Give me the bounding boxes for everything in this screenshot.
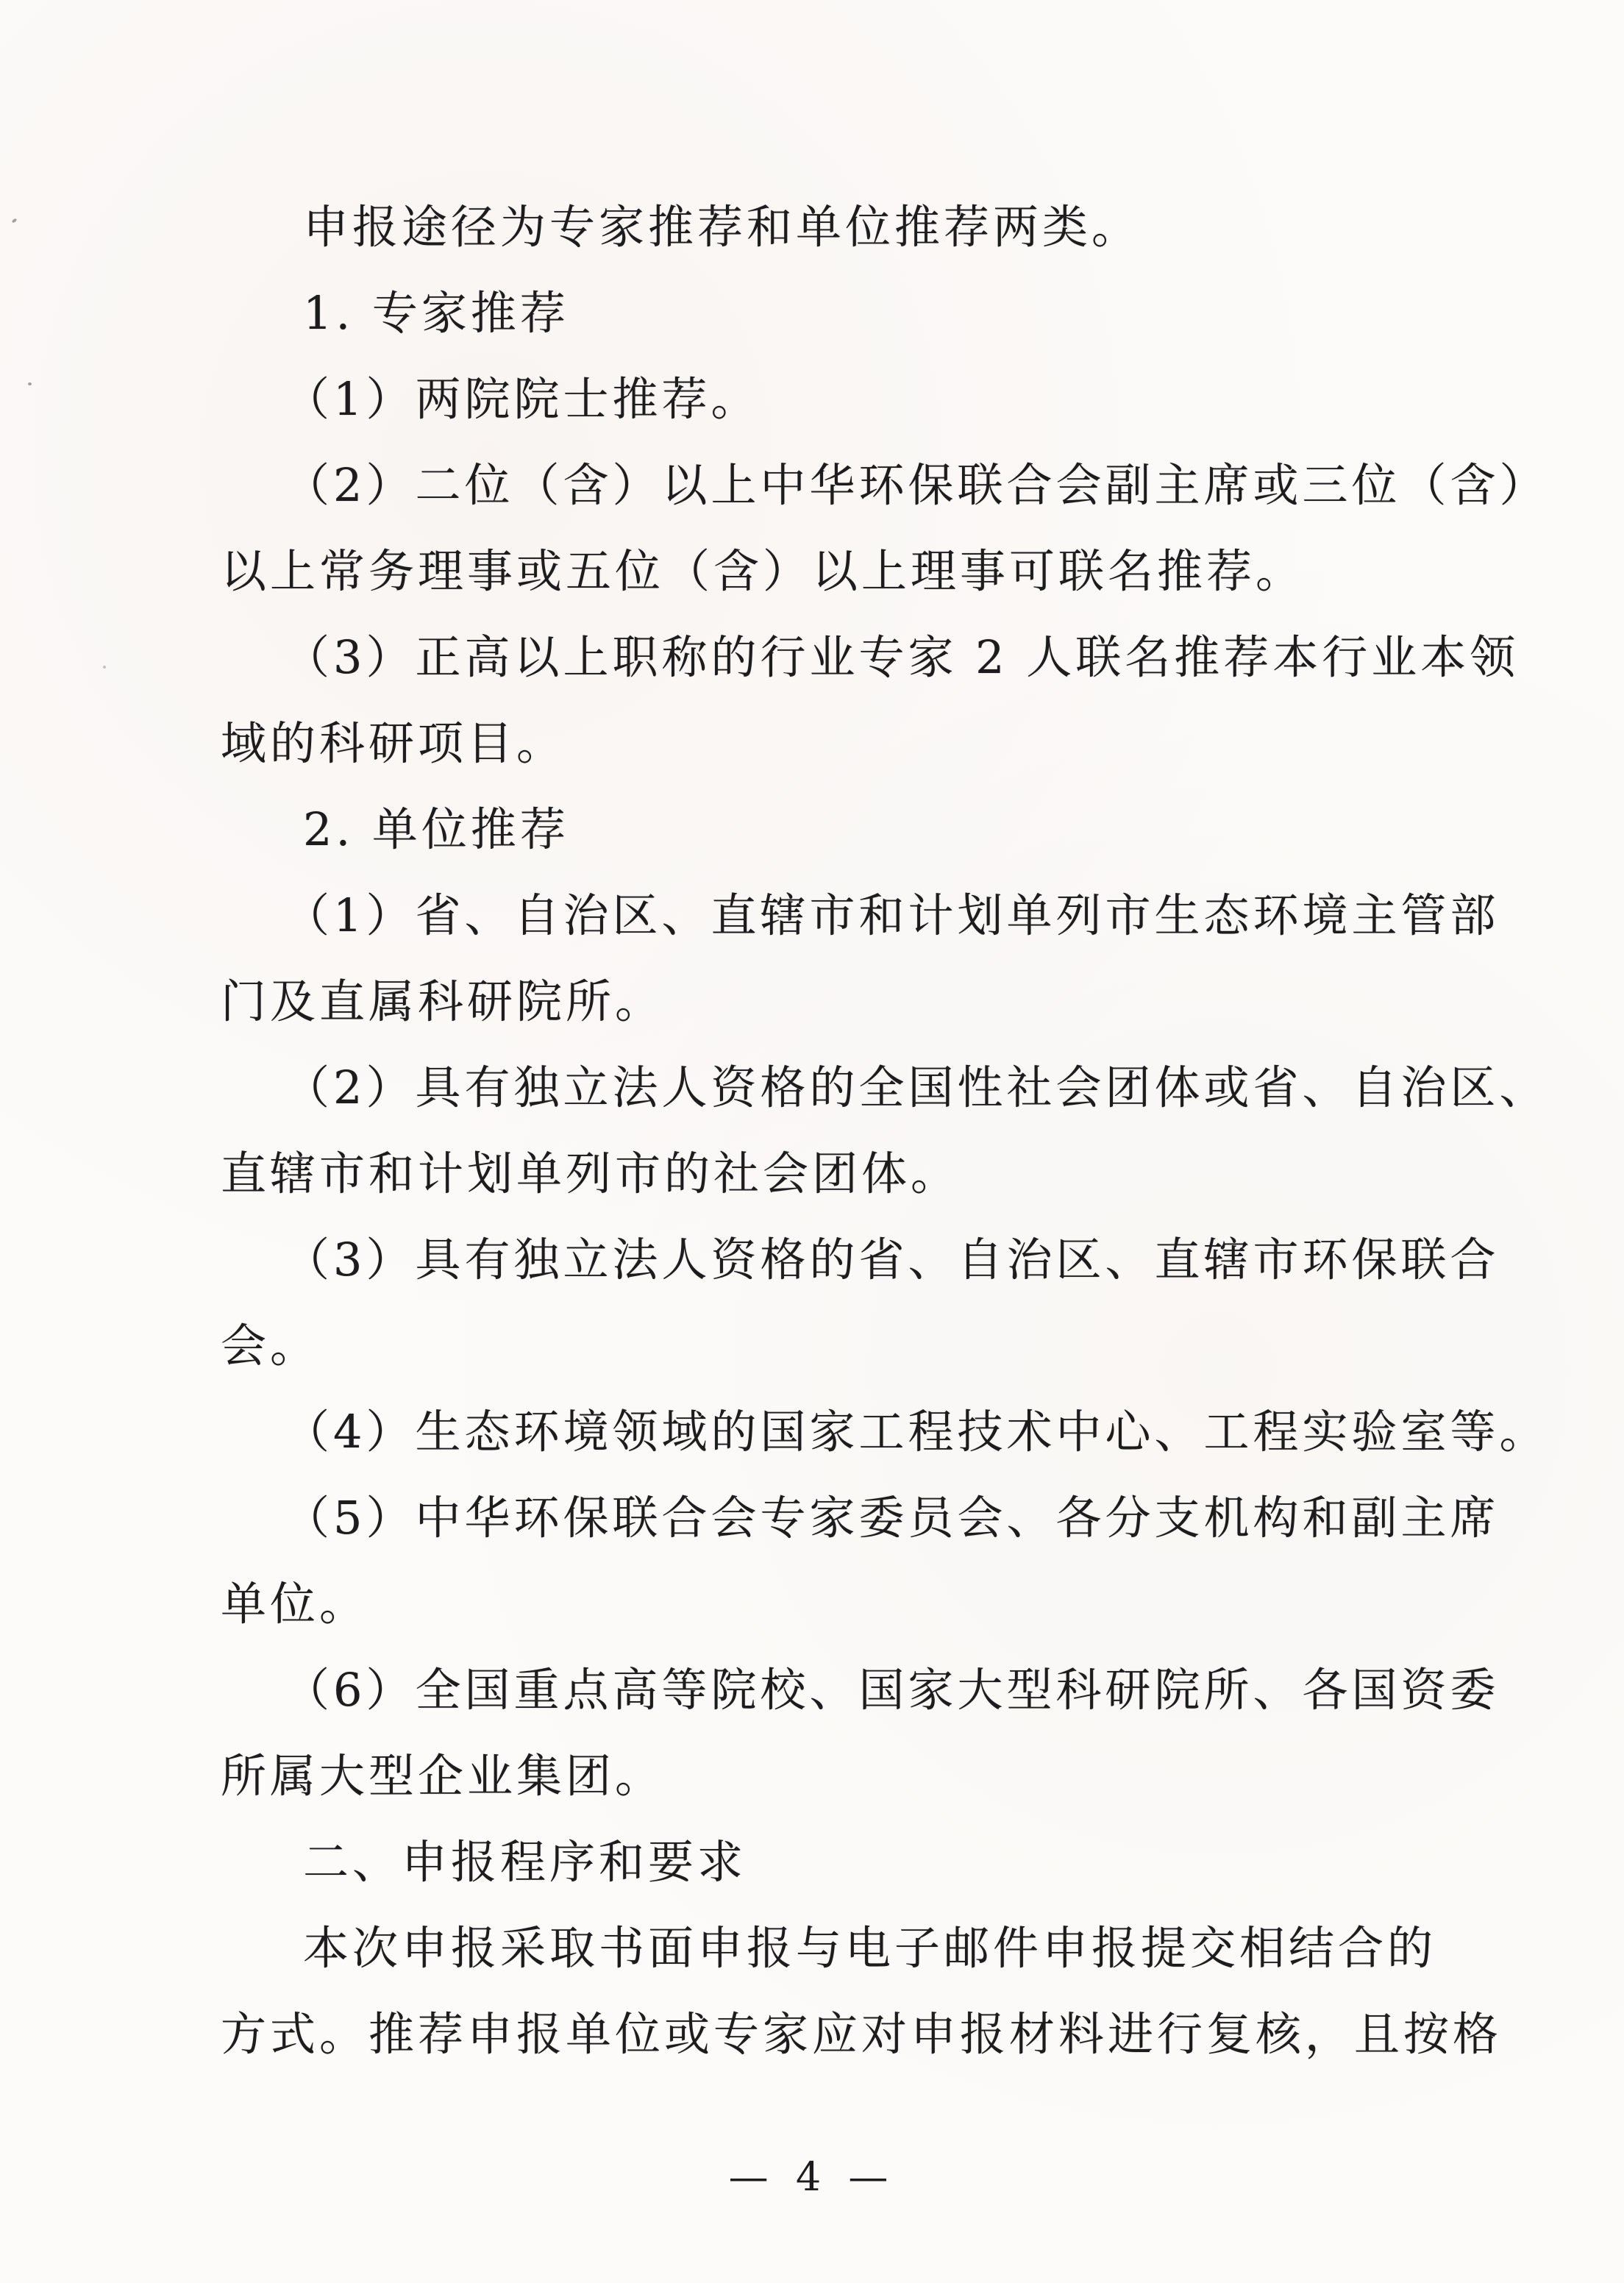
text-line: 直辖市和计划单列市的社会团体。 <box>221 1130 1425 1217</box>
text-line: 单位。 <box>221 1561 1425 1647</box>
text-line: （4）生态环境领域的国家工程技术中心、工程实验室等。 <box>221 1389 1425 1475</box>
scan-speck <box>103 666 106 669</box>
text-line: （3）正高以上职称的行业专家 2 人联名推荐本行业本领 <box>221 614 1425 700</box>
document-page: 申报途径为专家推荐和单位推荐两类。1. 专家推荐（1）两院院士推荐。（2）二位（… <box>0 0 1624 2283</box>
text-line: 本次申报采取书面申报与电子邮件申报提交相结合的 <box>221 1905 1425 1991</box>
text-line: 域的科研项目。 <box>221 700 1425 786</box>
text-line: 以上常务理事或五位（含）以上理事可联名推荐。 <box>221 528 1425 614</box>
text-line: 2. 单位推荐 <box>221 786 1425 872</box>
scan-speck <box>11 218 17 223</box>
text-line: 二、申报程序和要求 <box>221 1819 1425 1905</box>
document-body: 申报途径为专家推荐和单位推荐两类。1. 专家推荐（1）两院院士推荐。（2）二位（… <box>221 184 1425 2077</box>
text-line: 1. 专家推荐 <box>221 270 1425 356</box>
text-line: （2）二位（含）以上中华环保联合会副主席或三位（含） <box>221 442 1425 528</box>
text-line: 方式。推荐申报单位或专家应对申报材料进行复核，且按格 <box>221 1991 1425 2077</box>
text-line: （5）中华环保联合会专家委员会、各分支机构和副主席 <box>221 1475 1425 1561</box>
text-line: （6）全国重点高等院校、国家大型科研院所、各国资委 <box>221 1647 1425 1733</box>
text-line: 门及直属科研院所。 <box>221 958 1425 1044</box>
text-line: 会。 <box>221 1303 1425 1389</box>
text-line: （2）具有独立法人资格的全国性社会团体或省、自治区、 <box>221 1044 1425 1130</box>
scan-speck <box>28 382 32 385</box>
text-line: （1）省、自治区、直辖市和计划单列市生态环境主管部 <box>221 872 1425 958</box>
text-line: （3）具有独立法人资格的省、自治区、直辖市环保联合 <box>221 1217 1425 1303</box>
text-line: （1）两院院士推荐。 <box>221 356 1425 442</box>
text-line: 申报途径为专家推荐和单位推荐两类。 <box>221 184 1425 270</box>
page-number: — 4 — <box>0 2154 1624 2200</box>
text-line: 所属大型企业集团。 <box>221 1733 1425 1819</box>
